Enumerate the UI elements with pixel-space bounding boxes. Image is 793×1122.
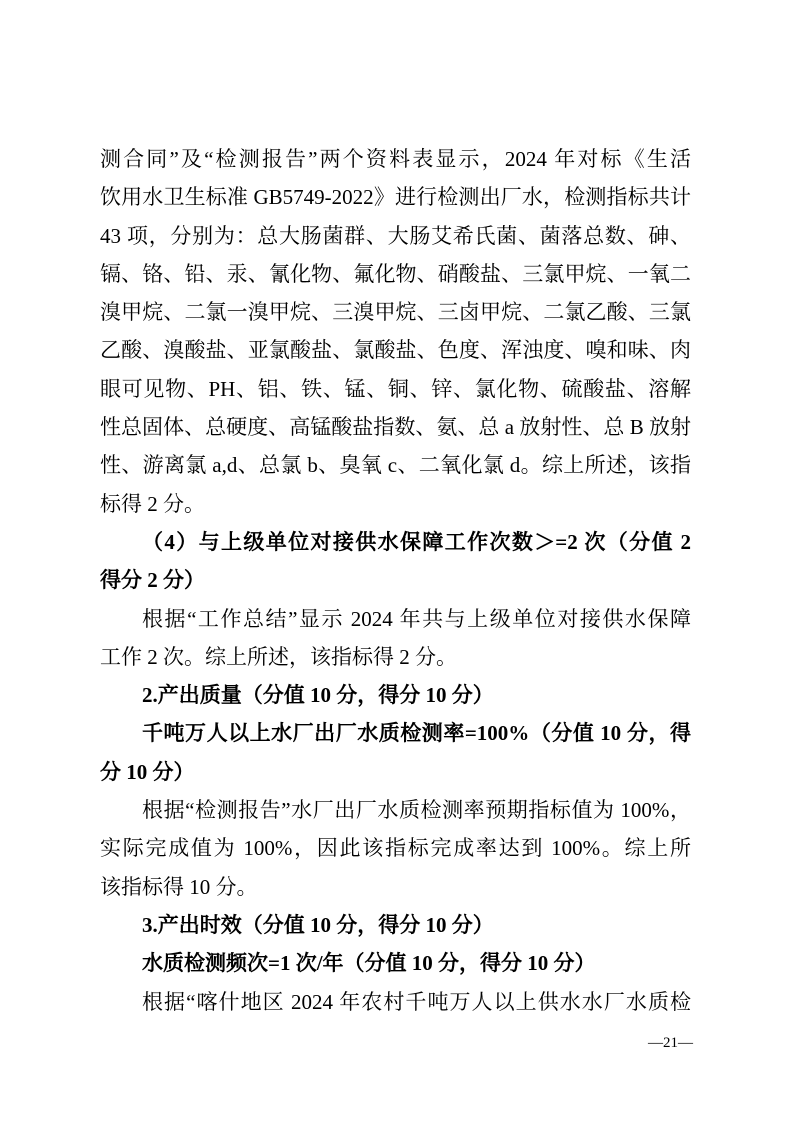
text-line: 测合同”及“检测报告”两个资料表显示，2024 年对标《生活 [100,140,691,178]
text-line: 根据“工作总结”显示 2024 年共与上级单位对接供水保障 [100,600,691,638]
document-body: 测合同”及“检测报告”两个资料表显示，2024 年对标《生活饮用水卫生标准 GB… [100,140,691,1021]
text-line: 性总固体、总硬度、高锰酸盐指数、氨、总 a 放射性、总 B 放射 [100,408,691,446]
text-line: 眼可见物、PH、铝、铁、锰、铜、锌、氯化物、硫酸盐、溶解 [100,370,691,408]
text-line: 性、游离氯 a,d、总氯 b、臭氧 c、二氧化氯 d。综上所述，该指 [100,446,691,484]
text-line: 饮用水卫生标准 GB5749-2022》进行检测出厂水，检测指标共计 [100,178,691,216]
text-line: 水质检测频次=1 次/年（分值 10 分，得分 10 分） [100,944,691,982]
text-line: 得分 2 分） [100,561,691,599]
text-line: 镉、铬、铅、汞、氰化物、氟化物、硝酸盐、三氯甲烷、一氧二 [100,255,691,293]
text-line: 标得 2 分。 [100,485,691,523]
page-number: —21— [648,1033,693,1053]
text-line: 43 项，分别为：总大肠菌群、大肠艾希氏菌、菌落总数、砷、 [100,217,691,255]
text-line: （4）与上级单位对接供水保障工作次数＞=2 次（分值 2 分， [100,523,691,561]
text-line: 实际完成值为 100%，因此该指标完成率达到 100%。综上所述， [100,829,691,867]
text-line: 分 10 分） [100,753,691,791]
text-line: 千吨万人以上水厂出厂水质检测率=100%（分值 10 分，得 [100,714,691,752]
text-line: 根据“检测报告”水厂出厂水质检测率预期指标值为 100%， [100,791,691,829]
text-line: 2.产出质量（分值 10 分，得分 10 分） [100,676,691,714]
text-line: 溴甲烷、二氯一溴甲烷、三溴甲烷、三卤甲烷、二氯乙酸、三氯 [100,293,691,331]
text-line: 乙酸、溴酸盐、亚氯酸盐、氯酸盐、色度、浑浊度、嗅和味、肉 [100,331,691,369]
text-line: 3.产出时效（分值 10 分，得分 10 分） [100,906,691,944]
text-line: 根据“喀什地区 2024 年农村千吨万人以上供水水厂水质检 [100,983,691,1021]
text-line: 工作 2 次。综上所述，该指标得 2 分。 [100,638,691,676]
document-page: 测合同”及“检测报告”两个资料表显示，2024 年对标《生活饮用水卫生标准 GB… [0,0,793,1122]
text-line: 该指标得 10 分。 [100,868,691,906]
